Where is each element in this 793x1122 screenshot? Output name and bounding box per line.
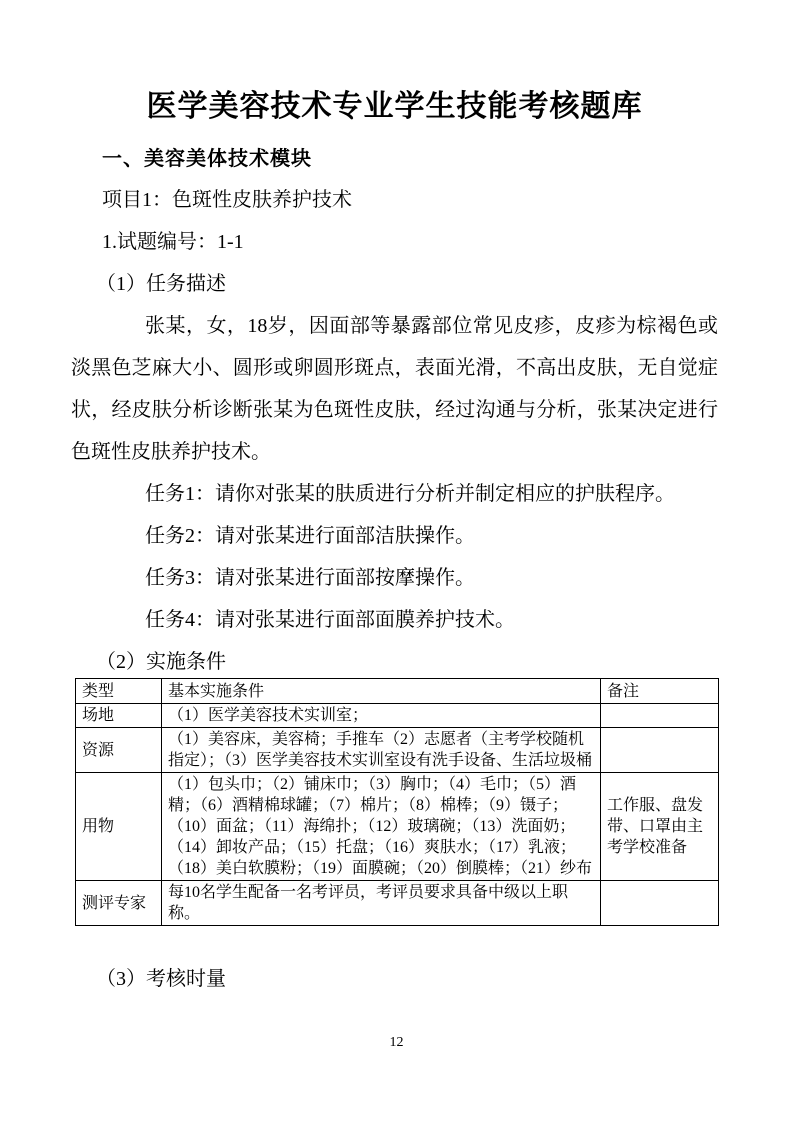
cell-supplies-condition: （1）包头巾；（2）铺床巾；（3）胸巾；（4）毛巾；（5）酒精；（6）酒精棉球罐… [162,773,601,881]
cell-supplies-type: 用物 [76,773,162,881]
cell-evaluators-note [601,881,719,926]
document-title: 医学美容技术专业学生技能考核题库 [71,85,718,129]
cell-evaluators-type: 测评专家 [76,881,162,926]
header-cell-condition: 基本实施条件 [162,679,601,704]
cell-resources-note [601,728,719,773]
document-page: 医学美容技术专业学生技能考核题库 一、美容美体技术模块 项目1：色斑性皮肤养护技… [0,0,793,1122]
table-header-row: 类型 基本实施条件 备注 [76,679,719,704]
cell-site-condition: （1）医学美容技术实训室； [162,704,601,728]
task-line-4: 任务4：请对张某进行面部面膜养护技术。 [71,599,718,641]
cell-evaluators-condition: 每10名学生配备一名考评员，考评员要求具备中级以上职称。 [162,881,601,926]
table-row-evaluators: 测评专家 每10名学生配备一名考评员，考评员要求具备中级以上职称。 [76,881,719,926]
implementation-conditions-heading: （2）实施条件 [96,641,718,683]
implementation-conditions-table: 类型 基本实施条件 备注 场地 （1）医学美容技术实训室； 资源 （1）美容床，… [75,678,719,926]
task-description-heading: （1）任务描述 [96,263,718,305]
cell-site-type: 场地 [76,704,162,728]
project-line: 项目1：色斑性皮肤养护技术 [102,179,718,221]
task-line-3: 任务3：请对张某进行面部按摩操作。 [71,557,718,599]
page-number: 12 [0,1034,793,1052]
task-description-paragraph: 张某，女，18岁，因面部等暴露部位常见皮疹，皮疹为棕褐色或淡黑色芝麻大小、圆形或… [71,305,718,473]
task-line-1: 任务1：请你对张某的肤质进行分析并制定相应的护肤程序。 [71,473,718,515]
assessment-time-heading: （3）考核时量 [96,958,718,1000]
cell-site-note [601,704,719,728]
section-heading-module: 一、美容美体技术模块 [102,137,718,179]
question-number-line: 1.试题编号：1-1 [102,221,718,263]
task-line-2: 任务2：请对张某进行面部洁肤操作。 [71,515,718,557]
cell-supplies-note: 工作服、盘发带、口罩由主考学校准备 [601,773,719,881]
cell-resources-condition: （1）美容床，美容椅；手推车（2）志愿者（主考学校随机指定）；（3）医学美容技术… [162,728,601,773]
table-row-supplies: 用物 （1）包头巾；（2）铺床巾；（3）胸巾；（4）毛巾；（5）酒精；（6）酒精… [76,773,719,881]
header-cell-note: 备注 [601,679,719,704]
table-row-site: 场地 （1）医学美容技术实训室； [76,704,719,728]
cell-resources-type: 资源 [76,728,162,773]
table-row-resources: 资源 （1）美容床，美容椅；手推车（2）志愿者（主考学校随机指定）；（3）医学美… [76,728,719,773]
